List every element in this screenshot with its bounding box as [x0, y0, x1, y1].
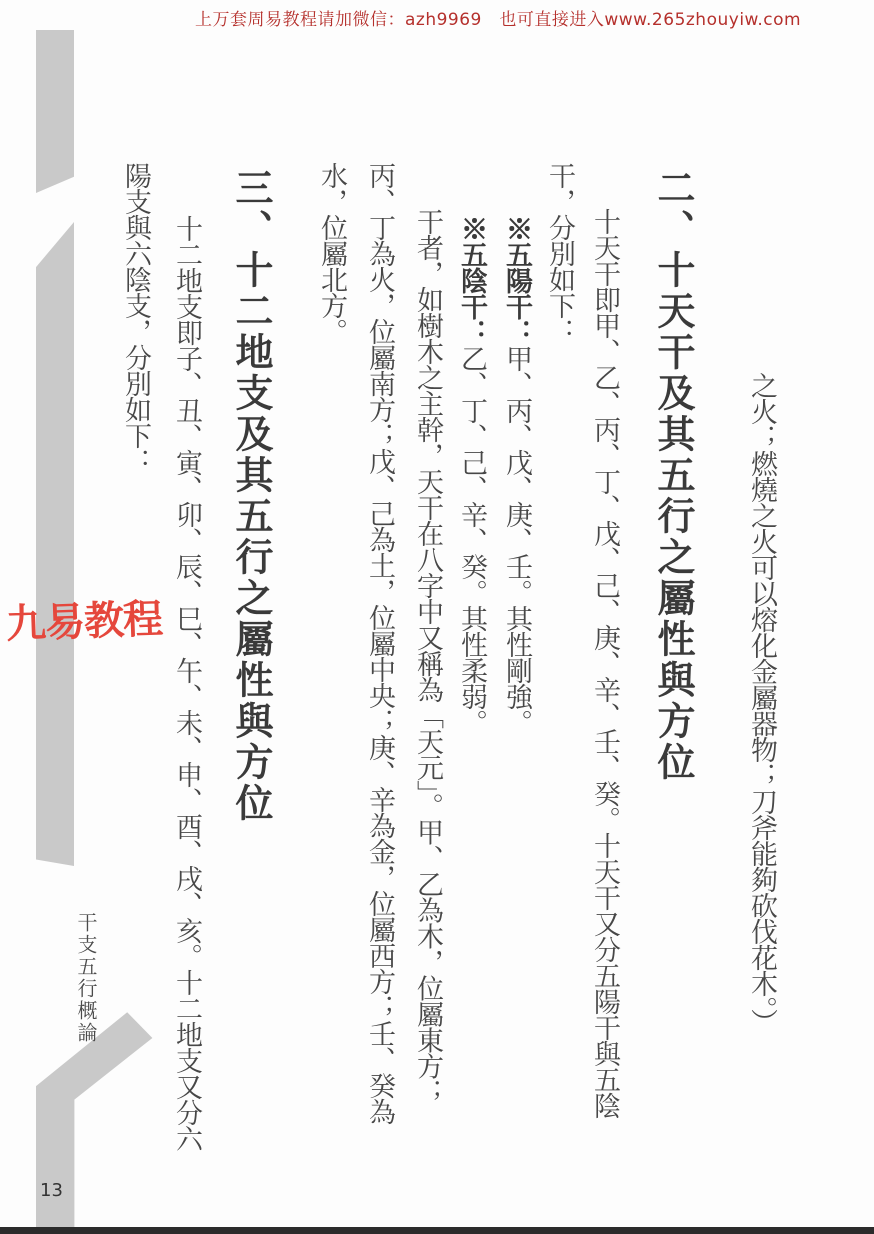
stem-elements-directions-column: 丙、丁為火，位屬南方；戊、己為土，位屬中央；庚、辛為金，位屬西方；壬、癸為: [366, 162, 393, 1124]
stem-elements-directions-continuation: 水，位屬北方。: [318, 162, 345, 344]
chapter-caption-vertical: 干支五行概論: [72, 912, 101, 1044]
section-heading-2: 二、十天干及其五行之屬性與方位: [653, 168, 691, 783]
paragraph-continuation-parenthetical: 之火；燃燒之火可以熔化金屬器物；刀斧能夠砍伐花木。）: [748, 372, 775, 1035]
yang-stems-list: 甲、丙、戊、庚、壬。其性剛強。: [502, 345, 532, 735]
red-watermark: 九易教程: [5, 587, 163, 649]
tiangan-intro-column: 十天干即甲、乙、丙、丁、戊、己、庚、辛、壬、癸。十天干又分五陽干與五陰: [591, 208, 618, 1118]
scan-bottom-edge: [0, 1227, 874, 1234]
promo-header-text: 上万套周易教程请加微信：azh9969 也可直接进入www.265zhouyiw…: [195, 5, 815, 30]
tiangan-intro-continuation-column: 干，分別如下：: [546, 162, 573, 344]
section-heading-3: 三、十二地支及其五行之屬性與方位: [231, 168, 269, 824]
yin-stems-column: ※五陰干：乙、丁、己、辛、癸。其性柔弱。: [458, 215, 485, 735]
dizhi-intro-column: 十二地支即子、丑、寅、卯、辰、巳、午、未、申、酉、戌、亥。十二地支又分六: [173, 215, 200, 1151]
yang-stems-column: ※五陽干：甲、丙、戊、庚、壬。其性剛強。: [503, 215, 530, 735]
stem-explanation-column: 干者，如樹木之主幹，天干在八字中又稱為「天元」。甲、乙為木，位屬東方；: [414, 208, 441, 1105]
dizhi-intro-continuation-column: 陽支與六陰支，分別如下：: [122, 162, 149, 474]
left-ribbon-top-segment: [36, 30, 74, 193]
page-number: 13: [40, 1180, 63, 1201]
scanned-book-page: 上万套周易教程请加微信：azh9969 也可直接进入www.265zhouyiw…: [0, 0, 874, 1234]
yin-stems-list: 乙、丁、己、辛、癸。其性柔弱。: [457, 345, 487, 735]
yin-stems-label: ※五陰干：: [457, 215, 487, 345]
yang-stems-label: ※五陽干：: [502, 215, 532, 345]
left-ribbon-middle-segment: [36, 222, 74, 866]
